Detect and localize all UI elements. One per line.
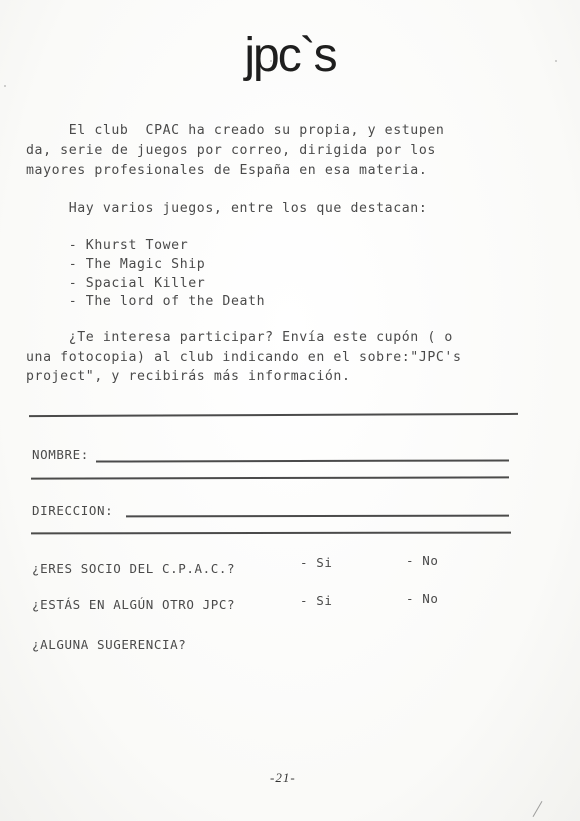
game-item: - The lord of the Death [26, 294, 265, 309]
name-field-line-2[interactable] [31, 476, 509, 479]
address-label: DIRECCION: [32, 503, 113, 518]
other-jpc-option-no[interactable]: - No [406, 591, 439, 606]
game-item: - Khurst Tower [26, 238, 188, 253]
intro-line-2: da, serie de juegos por correo, dirigida… [26, 143, 436, 158]
member-option-yes[interactable]: - Si [300, 555, 333, 570]
page-title: jpc`s [0, 28, 580, 83]
member-question: ¿ERES SOCIO DEL C.P.A.C.? [32, 561, 235, 576]
address-field-line-2[interactable] [31, 532, 511, 534]
invite-line-3: project", y recibirás más información. [26, 369, 351, 384]
other-jpc-question: ¿ESTÁS EN ALGÚN OTRO JPC? [32, 597, 235, 612]
intro-line-3: mayores profesionales de España en esa m… [26, 163, 427, 178]
game-item: - The Magic Ship [26, 257, 205, 272]
suggestion-question: ¿ALGUNA SUGERENCIA? [32, 637, 186, 652]
scan-speck [555, 60, 557, 62]
invite-line-1: ¿Te interesa participar? Envía este cupó… [26, 330, 453, 345]
scan-speck [4, 85, 6, 87]
scan-scratch [533, 801, 543, 817]
scanned-page: jpc`s El club CPAC ha creado su propia, … [0, 0, 580, 821]
member-option-no[interactable]: - No [406, 553, 439, 568]
games-intro: Hay varios juegos, entre los que destaca… [26, 201, 427, 216]
page-number: -21- [270, 770, 296, 786]
name-label: NOMBRE: [32, 447, 89, 462]
other-jpc-option-yes[interactable]: - Si [300, 593, 333, 608]
game-item: - Spacial Killer [26, 276, 205, 291]
intro-line-1: El club CPAC ha creado su propia, y estu… [26, 123, 444, 138]
address-field-line[interactable] [126, 515, 509, 517]
scan-speck [270, 60, 272, 62]
cut-line [29, 413, 518, 417]
invite-line-2: una fotocopia) al club indicando en el s… [26, 350, 462, 365]
name-field-line[interactable] [96, 459, 509, 462]
